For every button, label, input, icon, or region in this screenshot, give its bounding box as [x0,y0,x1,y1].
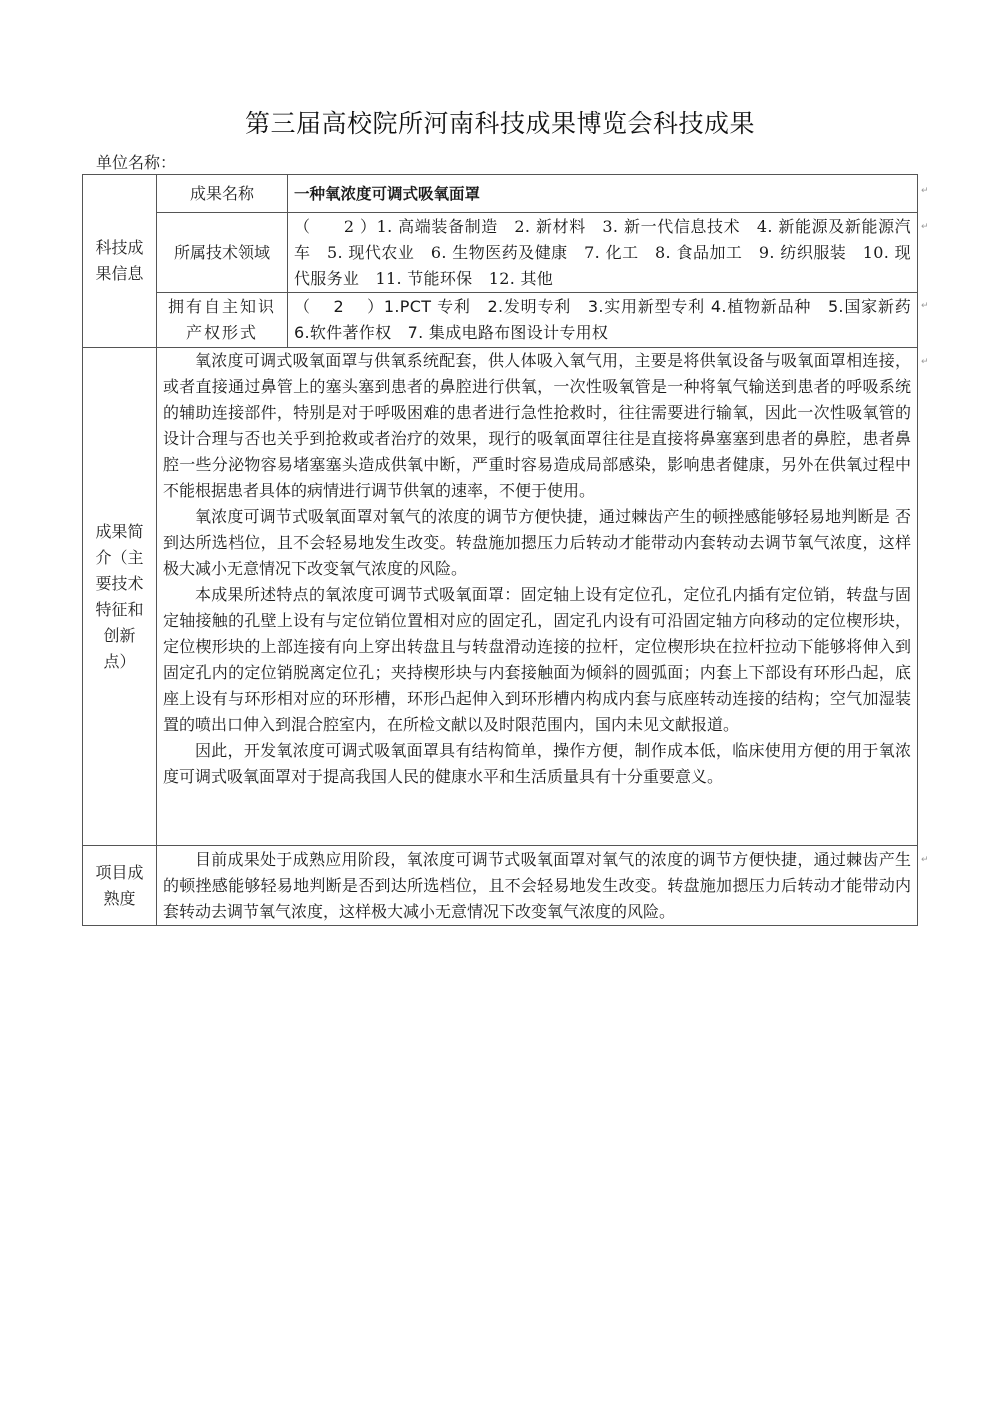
maturity-text: 目前成果处于成熟应用阶段，氧浓度可调节式吸氧面罩对氧气的浓度的调节方便快捷，通过… [163,847,911,925]
label-ip-form: 拥有自主知识产权形式 [157,293,288,348]
intro-paragraph-2: 氧浓度可调节式吸氧面罩对氧气的浓度的调节方便快捷，通过棘齿产生的顿挫感能够轻易地… [163,504,911,582]
paragraph-mark-icon: ↵ [921,357,929,367]
ip-form-options: （ 2 ）1.PCT 专利 2.发明专利 3.实用新型专利 4.植物新品种 5.… [294,294,911,346]
document-title: 第三届高校院所河南科技成果博览会科技成果 [0,104,1000,140]
row-achievement-name: 科技成果信息 成果名称 一种氧浓度可调式吸氧面罩 [83,175,918,213]
unit-name-label: 单位名称： [96,150,176,173]
unit-name-label-text: 单位名称： [96,153,176,172]
value-tech-field: （ 2 ）1. 高端装备制造 2. 新材料 3. 新一代信息技术 4. 新能源及… [288,213,918,293]
row-ip-form: 拥有自主知识产权形式 （ 2 ）1.PCT 专利 2.发明专利 3.实用新型专利… [83,293,918,348]
label-achievement-name: 成果名称 [157,175,288,213]
achievement-table: 科技成果信息 成果名称 一种氧浓度可调式吸氧面罩 所属技术领域 （ 2 ）1. … [82,174,918,926]
row-intro: 成果简介（主要技术特征和创新点） 氧浓度可调式吸氧面罩与供氧系统配套，供人体吸入… [83,348,918,846]
paragraph-mark-icon: ↵ [921,855,929,865]
value-achievement-name: 一种氧浓度可调式吸氧面罩 [288,175,918,213]
intro-paragraph-1: 氧浓度可调式吸氧面罩与供氧系统配套，供人体吸入氧气用，主要是将供氧设备与吸氧面罩… [163,348,911,504]
intro-paragraph-4: 因此，开发氧浓度可调式吸氧面罩具有结构简单，操作方便，制作成本低，临床使用方便的… [163,738,911,790]
paragraph-mark-icon: ↵ [921,186,929,196]
section-label-maturity: 项目成熟度 [83,846,157,926]
label-tech-field: 所属技术领域 [157,213,288,293]
paragraph-mark-icon: ↵ [921,222,929,232]
tech-field-options: （ 2 ）1. 高端装备制造 2. 新材料 3. 新一代信息技术 4. 新能源及… [294,214,911,292]
paragraph-mark-icon: ↵ [921,301,929,311]
value-maturity: 目前成果处于成熟应用阶段，氧浓度可调节式吸氧面罩对氧气的浓度的调节方便快捷，通过… [157,846,918,926]
intro-paragraph-3: 本成果所述特点的氧浓度可调节式吸氧面罩：固定轴上设有定位孔，定位孔内插有定位销，… [163,582,911,738]
row-tech-field: 所属技术领域 （ 2 ）1. 高端装备制造 2. 新材料 3. 新一代信息技术 … [83,213,918,293]
value-intro: 氧浓度可调式吸氧面罩与供氧系统配套，供人体吸入氧气用，主要是将供氧设备与吸氧面罩… [157,348,918,846]
row-maturity: 项目成熟度 目前成果处于成熟应用阶段，氧浓度可调节式吸氧面罩对氧气的浓度的调节方… [83,846,918,926]
section-label-intro: 成果简介（主要技术特征和创新点） [83,348,157,846]
value-ip-form: （ 2 ）1.PCT 专利 2.发明专利 3.实用新型专利 4.植物新品种 5.… [288,293,918,348]
section-label-info: 科技成果信息 [83,175,157,348]
